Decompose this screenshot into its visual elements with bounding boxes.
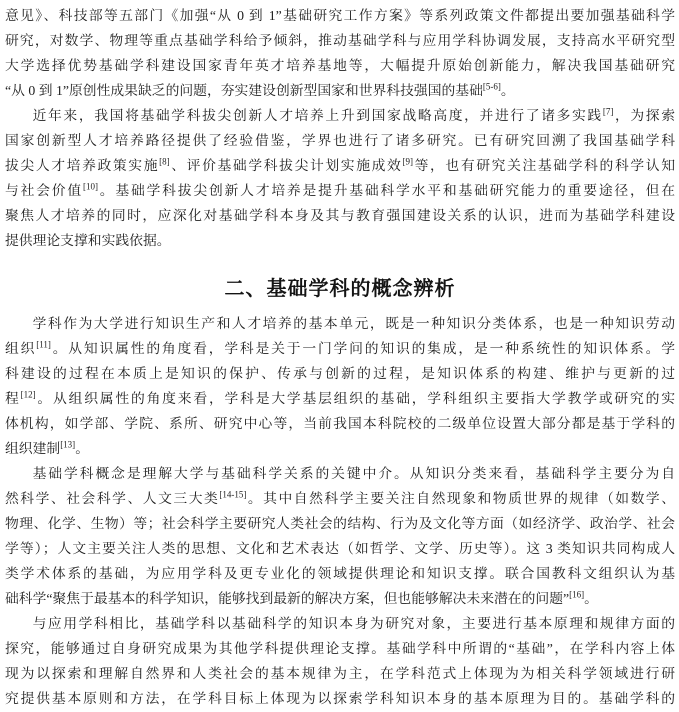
paper-page: 意见》、科技部等五部门《加强“从 0 到 1”基础研究工作方案》等系列政策文件都…	[0, 0, 679, 712]
text-line: 础科学“聚焦于最基本的科学知识，能够找到最新的解决方案，但也能够解决未来潜在的问…	[5, 586, 675, 611]
text-line: 现为以探索和理解自然界和人类社会的基本规律为主，在学科范式上体现为为相关科学领域…	[5, 661, 675, 686]
citation-marker: [11]	[36, 339, 51, 349]
citation-marker: [7]	[603, 106, 614, 116]
citation-marker: [16]	[569, 589, 584, 599]
text-line: 体机构，如学部、学院、系所、研究中心等，当前我国本科院校的二级单位设置大部分都是…	[5, 411, 675, 436]
text-line: 近年来，我国将基础学科拔尖创新人才培养上升到国家战略高度，并进行了诸多实践[7]…	[5, 103, 675, 128]
text-line: 学等）；人文主要关注人类的思想、文化和艺术表达（如哲学、文学、历史等）。这 3 …	[5, 536, 675, 561]
text-line: “从 0 到 1”原创性成果缺乏的问题，夯实建设创新型国家和世界科技强国的基础[…	[5, 78, 675, 103]
text-line: 大学选择优势基础学科建设国家青年英才培养基地等，大幅提升原始创新能力，解决我国基…	[5, 53, 675, 78]
text-line: 意见》、科技部等五部门《加强“从 0 到 1”基础研究工作方案》等系列政策文件都…	[5, 3, 675, 28]
text-line: 然科学、社会科学、人文三大类[14-15]。其中自然科学主要关注自然现象和物质世…	[5, 486, 675, 511]
text-line: 与应用学科相比，基础学科以基础科学的知识本身为研究对象，主要进行基本原理和规律方…	[5, 611, 675, 636]
text-line: 聚焦人才培养的同时，应深化对基础学科本身及其与教育强国建设关系的认识，进而为基础…	[5, 203, 675, 228]
text-line: 物理、化学、生物）等；社会科学主要研究人类社会的结构、行为及文化等方面（如经济学…	[5, 511, 675, 536]
paragraph: 意见》、科技部等五部门《加强“从 0 到 1”基础研究工作方案》等系列政策文件都…	[5, 3, 675, 103]
text-line: 研究，对数学、物理等重点基础学科给予倾斜，推动基础学科与应用学科协调发展，支持高…	[5, 28, 675, 53]
text-line: 探究，能够通过自身研究成果为其他学科提供理论支撑。基础学科中所谓的“基础”，在学…	[5, 636, 675, 661]
citation-marker: [5-6]	[483, 81, 501, 91]
text-line: 程[12]。从组织属性的角度来看，学科是大学基层组织的基础，学科组织主要指大学教…	[5, 386, 675, 411]
citation-marker: [12]	[21, 389, 36, 399]
text-line: 拔尖人才培养政策实施[8]、评价基础学科拔尖计划实施成效[9]等，也有研究关注基…	[5, 153, 675, 178]
document-body: 意见》、科技部等五部门《加强“从 0 到 1”基础研究工作方案》等系列政策文件都…	[5, 3, 675, 711]
paragraph: 近年来，我国将基础学科拔尖创新人才培养上升到国家战略高度，并进行了诸多实践[7]…	[5, 103, 675, 253]
text-line: 国家创新型人才培养路径提供了经验借鉴，学界也进行了诸多研究。已有研究回溯了我国基…	[5, 128, 675, 153]
text-line: 提供理论支撑和实践依据。	[5, 228, 675, 253]
paragraph: 学科作为大学进行知识生产和人才培养的基本单元，既是一种知识分类体系，也是一种知识…	[5, 311, 675, 461]
text-line: 类学术体系的基础，为应用学科及更专业化的领域提供理论和知识支撑。联合国教科文组织…	[5, 561, 675, 586]
section-heading: 二、基础学科的概念辨析	[5, 277, 675, 301]
text-line: 与社会价值[10]。基础学科拔尖创新人才培养是提升基础科学水平和基础研究能力的重…	[5, 178, 675, 203]
citation-marker: [9]	[402, 156, 413, 166]
paragraph: 与应用学科相比，基础学科以基础科学的知识本身为研究对象，主要进行基本原理和规律方…	[5, 611, 675, 711]
text-line: 基础学科概念是理解大学与基础科学关系的关键中介。从知识分类来看，基础科学主要分为…	[5, 461, 675, 486]
text-line: 学科作为大学进行知识生产和人才培养的基本单元，既是一种知识分类体系，也是一种知识…	[5, 311, 675, 336]
citation-marker: [13]	[60, 439, 75, 449]
text-line: 究提供基本原则和方法，在学科目标上体现为以探索学科知识本身的基本原理为目的。基础…	[5, 686, 675, 711]
citation-marker: [8]	[159, 156, 170, 166]
text-line: 组织建制[13]。	[5, 436, 675, 461]
citation-marker: [10]	[83, 181, 98, 191]
paragraph: 基础学科概念是理解大学与基础科学关系的关键中介。从知识分类来看，基础科学主要分为…	[5, 461, 675, 611]
citation-marker: [14-15]	[219, 489, 246, 499]
text-line: 科建设的过程在本质上是知识的保护、传承与创新的过程，是知识体系的构建、维护与更新…	[5, 361, 675, 386]
text-line: 组织[11]。从知识属性的角度看，学科是关于一门学问的知识的集成，是一种系统性的…	[5, 336, 675, 361]
